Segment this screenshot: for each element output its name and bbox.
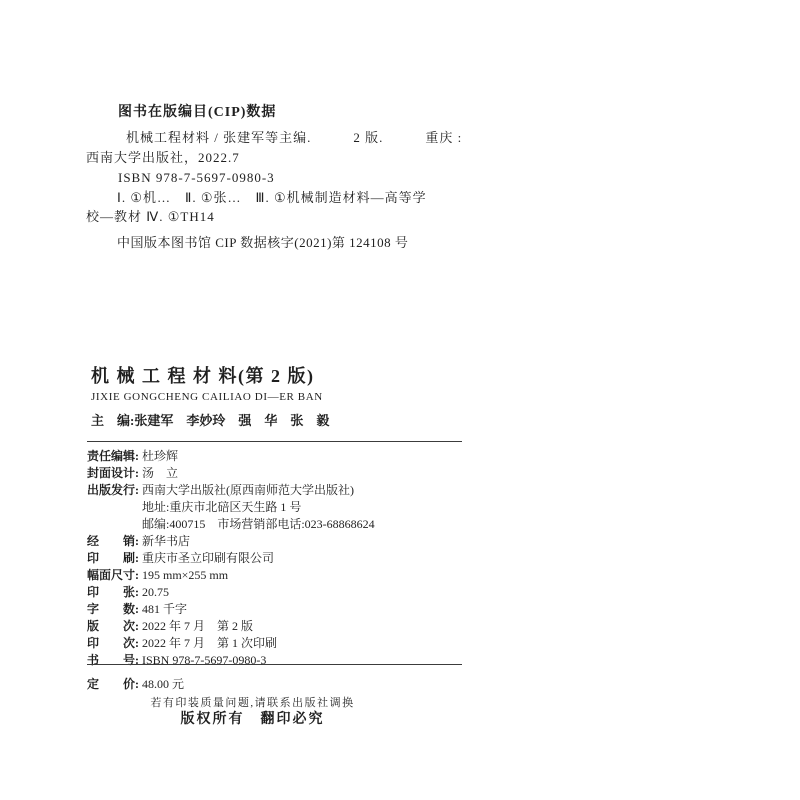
- publication-info-label: 书 号:: [87, 652, 142, 669]
- publication-info-label: 出版发行:: [87, 482, 142, 499]
- publication-info-row: 印 刷:重庆市圣立印刷有限公司: [87, 550, 487, 567]
- publication-info-value: 481 千字: [142, 601, 187, 618]
- publication-info-value: 汤 立: [142, 465, 178, 482]
- cip-entry: 机械工程材料 / 张建军等主编. 2 版. 重庆 : 西南大学出版社，2022.…: [86, 128, 486, 168]
- publication-info-label: 版 次:: [87, 618, 142, 635]
- book-copyright-page: 图书在版编目(CIP)数据 机械工程材料 / 张建军等主编. 2 版. 重庆 :…: [0, 0, 800, 800]
- publication-info-value: 地址:重庆市北碚区天生路 1 号: [142, 499, 301, 516]
- publication-info-value: ISBN 978-7-5697-0980-3: [142, 652, 266, 669]
- cip-entry-line-2: 西南大学出版社，2022.7: [86, 148, 486, 168]
- title-block: 机 械 工 程 材 料(第 2 版) JIXIE GONGCHENG CAILI…: [91, 365, 491, 428]
- publication-info-row: 邮编:400715 市场营销部电话:023-68868624: [87, 516, 487, 533]
- cip-record-number: 中国版本图书馆 CIP 数据核字(2021)第 124108 号: [117, 233, 486, 252]
- cip-classification-line-2: 校—教材 Ⅳ. ①TH14: [86, 207, 486, 226]
- cip-header: 图书在版编目(CIP)数据: [118, 101, 486, 121]
- book-title: 机 械 工 程 材 料(第 2 版): [91, 365, 491, 387]
- publication-info-row: 书 号:ISBN 978-7-5697-0980-3: [87, 652, 487, 669]
- publication-info-label: [87, 516, 142, 533]
- publication-info-value: 新华书店: [142, 533, 190, 550]
- cip-classification-line-1: Ⅰ. ①机… Ⅱ. ①张… Ⅲ. ①机械制造材料—高等学: [117, 188, 486, 207]
- publication-info-label: 印 次:: [87, 635, 142, 652]
- book-title-pinyin: JIXIE GONGCHENG CAILIAO DI—ER BAN: [91, 391, 491, 404]
- price-label: 定 价:: [87, 676, 142, 693]
- price-value: 48.00 元: [142, 676, 184, 693]
- chief-editors: 主 编:张建军 李妙玲 强 华 张 毅: [91, 413, 491, 428]
- publication-info-label: 印 张:: [87, 584, 142, 601]
- publication-info-row: 责任编辑:杜珍辉: [87, 448, 487, 465]
- publication-info-value: 重庆市圣立印刷有限公司: [142, 550, 274, 567]
- copyright-statement: 版权所有 翻印必究: [100, 708, 405, 728]
- cip-entry-line-1: 机械工程材料 / 张建军等主编. 2 版. 重庆 :: [126, 128, 486, 148]
- publication-info-row: 版 次:2022 年 7 月 第 2 版: [87, 618, 487, 635]
- publication-info-row: 封面设计:汤 立: [87, 465, 487, 482]
- publication-info-row: 印 次:2022 年 7 月 第 1 次印刷: [87, 635, 487, 652]
- publication-info-row: 字 数:481 千字: [87, 601, 487, 618]
- publication-info-row: 幅面尺寸:195 mm×255 mm: [87, 567, 487, 584]
- cip-data-block: 图书在版编目(CIP)数据 机械工程材料 / 张建军等主编. 2 版. 重庆 :…: [86, 101, 486, 252]
- divider-bottom: [87, 664, 462, 665]
- publication-info: 责任编辑:杜珍辉 封面设计:汤 立 出版发行:西南大学出版社(原西南师范大学出版…: [87, 448, 487, 669]
- publication-info-label: 幅面尺寸:: [87, 567, 142, 584]
- publication-info-label: 责任编辑:: [87, 448, 142, 465]
- publication-info-value: 杜珍辉: [142, 448, 178, 465]
- publication-info-row: 印 张:20.75: [87, 584, 487, 601]
- publication-info-value: 20.75: [142, 584, 169, 601]
- cip-isbn: ISBN 978-7-5697-0980-3: [118, 168, 486, 188]
- price-row: 定 价:48.00 元: [87, 676, 184, 693]
- publication-info-value: 2022 年 7 月 第 2 版: [142, 618, 253, 635]
- publication-info-value: 西南大学出版社(原西南师范大学出版社): [142, 482, 354, 499]
- publication-info-value: 195 mm×255 mm: [142, 567, 228, 584]
- cip-classification: Ⅰ. ①机… Ⅱ. ①张… Ⅲ. ①机械制造材料—高等学 校—教材 Ⅳ. ①TH…: [86, 188, 486, 226]
- publication-info-value: 邮编:400715 市场营销部电话:023-68868624: [142, 516, 375, 533]
- divider-top: [87, 441, 462, 442]
- publication-info-row: 出版发行:西南大学出版社(原西南师范大学出版社): [87, 482, 487, 499]
- publication-info-label: [87, 499, 142, 516]
- publication-info-label: 经 销:: [87, 533, 142, 550]
- publication-info-row: 经 销:新华书店: [87, 533, 487, 550]
- publication-info-label: 封面设计:: [87, 465, 142, 482]
- publication-info-row: 地址:重庆市北碚区天生路 1 号: [87, 499, 487, 516]
- publication-info-label: 印 刷:: [87, 550, 142, 567]
- publication-info-value: 2022 年 7 月 第 1 次印刷: [142, 635, 277, 652]
- publication-info-label: 字 数:: [87, 601, 142, 618]
